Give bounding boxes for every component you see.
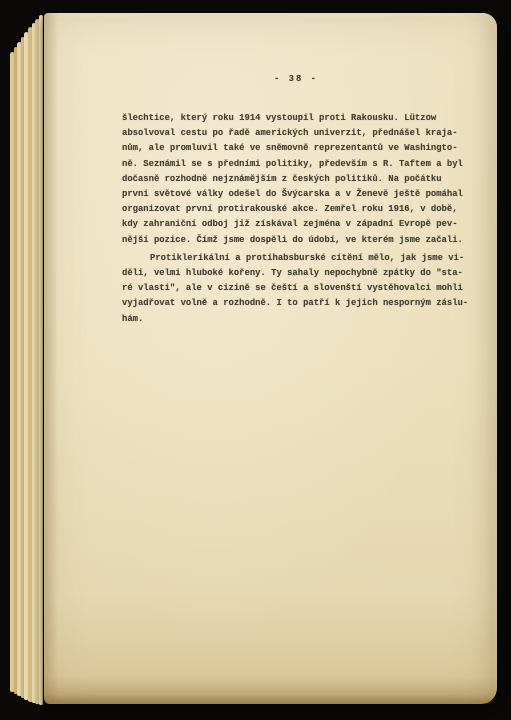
paragraph: šlechtice, který roku 1914 vystoupil pro… (122, 111, 470, 248)
photo-backdrop: - 38 - šlechtice, který roku 1914 vystou… (0, 0, 511, 720)
page-text: - 38 - šlechtice, který roku 1914 vystou… (122, 73, 470, 327)
text-line: hám. (122, 312, 470, 327)
text-line: absolvoval cestu po řadě amerických univ… (122, 126, 470, 141)
book-page: - 38 - šlechtice, který roku 1914 vystou… (44, 13, 497, 704)
text-line: nější pozice. Čímž jsme dospěli do údobí… (122, 233, 470, 248)
text-line: ně. Seznámil se s předními politiky, pře… (122, 157, 470, 172)
text-line: šlechtice, který roku 1914 vystoupil pro… (122, 111, 470, 126)
text-line: Protiklerikální a protihabsburské cítění… (122, 251, 470, 266)
text-line: ré vlasti", ale v cizině se čeští a slov… (122, 281, 470, 296)
text-line: první světové války odešel do Švýcarska … (122, 187, 470, 202)
text-line: organizovat první protirakouské akce. Ze… (122, 202, 470, 217)
text-line: dočasně rozhodně nejznámějším z českých … (122, 172, 470, 187)
text-line: nům, ale promluvil také ve sněmovně repr… (122, 141, 470, 156)
text-line: děli, velmi hluboké kořeny. Ty sahaly ne… (122, 266, 470, 281)
page-number: - 38 - (122, 73, 470, 85)
paragraph: Protiklerikální a protihabsburské cítění… (122, 251, 470, 327)
text-line: kdy zahraniční odboj již získával zejmén… (122, 217, 470, 232)
text-line: vyjadřovat volně a rozhodně. I to patří … (122, 296, 470, 311)
page-edge-strip (39, 15, 44, 705)
